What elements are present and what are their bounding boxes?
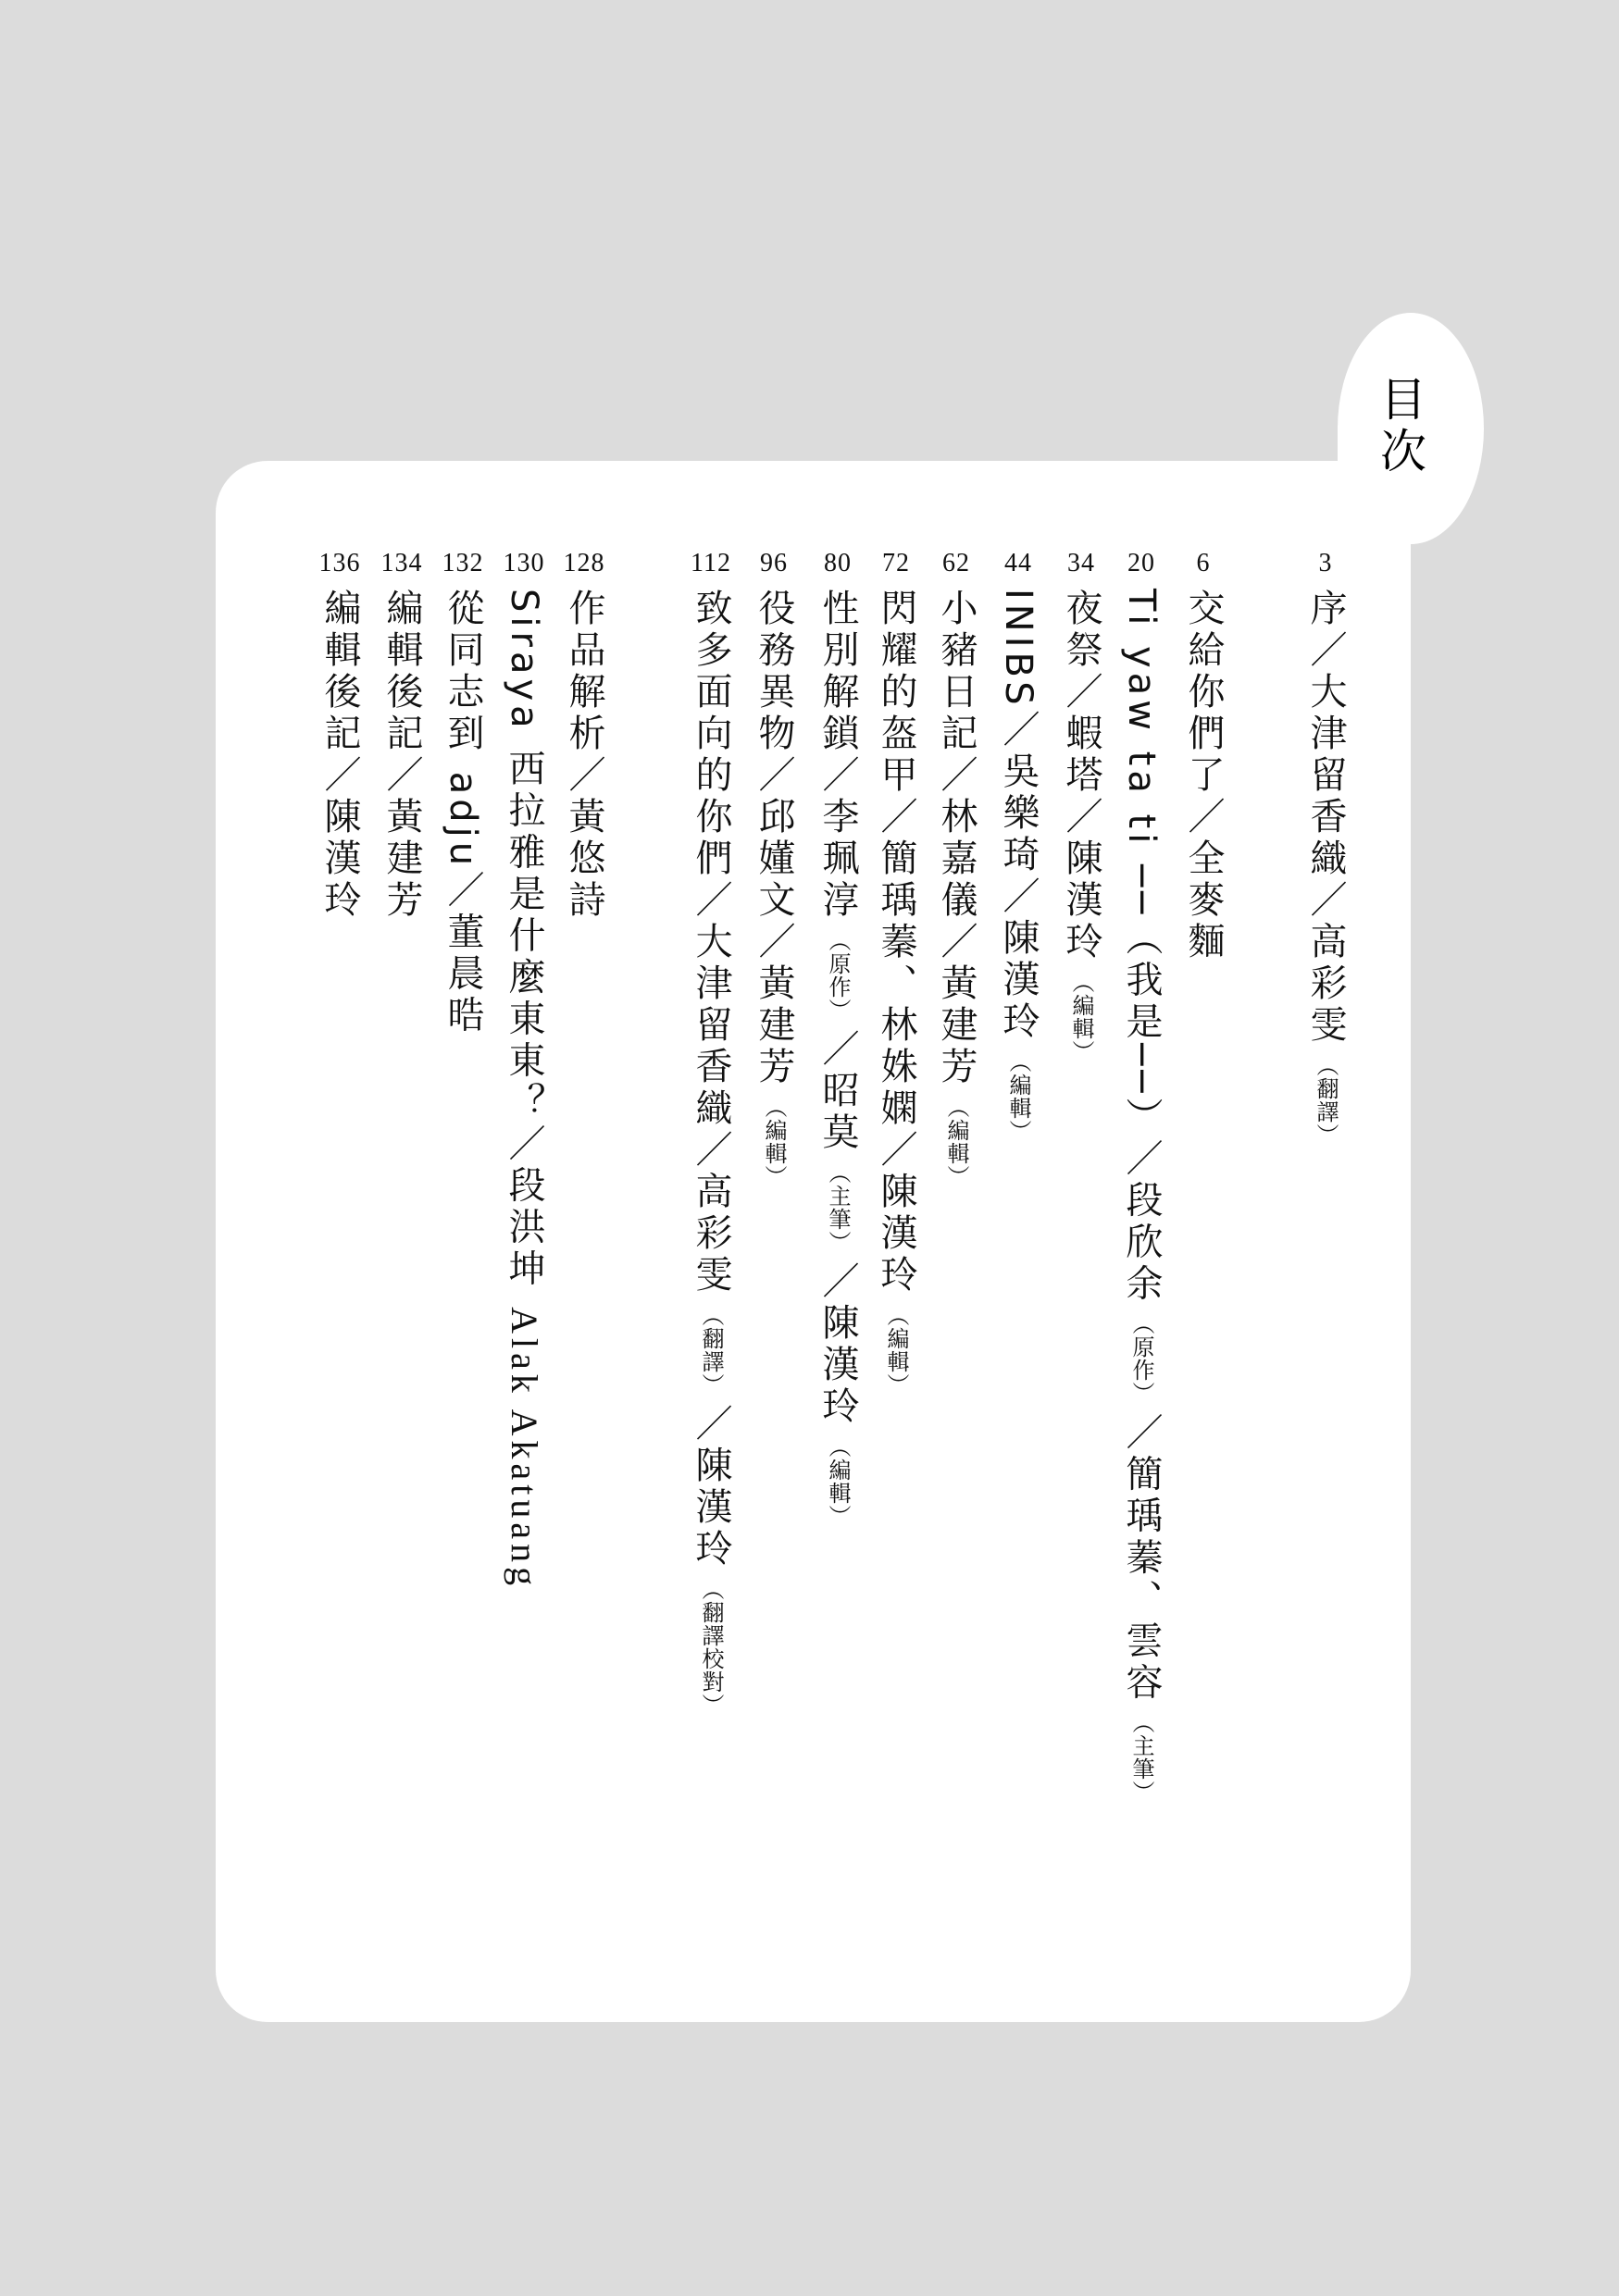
contributor-name: 林嘉儀 <box>935 797 978 922</box>
entry-text: INIBS／吳樂琦／陳漢玲（編輯） <box>997 589 1040 1150</box>
contributor-name: 黃建芳 <box>380 797 423 922</box>
entry-text: Ti yaw ta ti ──（我是──）／段欣余（原作）／簡瑀蓁、雲容（主筆） <box>1120 589 1163 1811</box>
contributor-name: 黃建芳 <box>935 963 978 1088</box>
contributor-name: 段欣余 <box>1120 1180 1163 1305</box>
contributor-role: （編輯） <box>997 1050 1040 1143</box>
slash-separator: ／ <box>753 755 795 797</box>
entry-title[interactable]: 小豬日記 <box>935 589 978 755</box>
entry-title[interactable]: 閃耀的盔甲 <box>875 589 917 797</box>
contributor-role: （翻譯） <box>1304 1054 1347 1147</box>
slash-separator: ／ <box>753 922 795 963</box>
slash-separator: ／ <box>1060 797 1102 838</box>
page-number: 112 <box>691 550 731 577</box>
toc-entry[interactable]: 80性別解鎖／李珮淳（原作）／昭莫（主筆）／陳漢玲（編輯） <box>810 550 866 1535</box>
contributor-role: （編輯） <box>935 1096 978 1188</box>
slash-separator: ／ <box>1120 1412 1163 1454</box>
slash-separator: ／ <box>816 755 859 797</box>
entry-text: 小豬日記／林嘉儀／黃建芳（編輯） <box>935 589 978 1196</box>
slash-separator: ／ <box>1304 880 1347 922</box>
entry-text: 致多面向的你們／大津留香織／高彩雯（翻譯）／陳漢玲（翻譯校對） <box>690 589 732 1724</box>
toc-entry[interactable]: 130Siraya 西拉雅是什麼東東？／段洪坤 Alak Akatuang <box>496 550 552 1590</box>
contributor-name: 陳漢玲 <box>690 1446 732 1570</box>
entry-text: 編輯後記／黃建芳 <box>380 589 423 922</box>
entry-title[interactable]: Ti yaw ta ti ──（我是──） <box>1120 589 1163 1138</box>
entry-title[interactable]: 編輯後記 <box>318 589 361 755</box>
entry-text: 序／大津留香織／高彩雯（翻譯） <box>1304 589 1347 1154</box>
slash-separator: ／ <box>380 755 423 797</box>
toc-entry[interactable]: 6交給你們了／全麥麵 <box>1176 550 1231 963</box>
entry-title[interactable]: INIBS <box>997 589 1040 710</box>
contributor-name: 李珮淳 <box>816 797 859 922</box>
contributor-name: 高彩雯 <box>690 1172 732 1297</box>
contributor-name: 簡瑀蓁、林姝嫻 <box>875 838 917 1130</box>
slash-separator: ／ <box>935 922 978 963</box>
slash-separator: ／ <box>690 880 732 922</box>
toc-entry[interactable]: 44INIBS／吳樂琦／陳漢玲（編輯） <box>990 550 1046 1150</box>
slash-separator: ／ <box>442 870 484 912</box>
contributor-name: Alak Akatuang <box>504 1307 545 1590</box>
entry-text: 編輯後記／陳漢玲 <box>318 589 361 922</box>
contributor-name: 全麥麵 <box>1182 838 1225 963</box>
toc-entry[interactable]: 72閃耀的盔甲／簡瑀蓁、林姝嫻／陳漢玲（編輯） <box>868 550 924 1404</box>
slash-separator: ／ <box>1182 797 1225 838</box>
entry-title[interactable]: 編輯後記 <box>380 589 423 755</box>
page-number: 136 <box>319 550 361 577</box>
slash-separator: ／ <box>1304 630 1347 672</box>
contributor-role: （編輯） <box>1060 971 1102 1063</box>
toc-entry[interactable]: 20Ti yaw ta ti ──（我是──）／段欣余（原作）／簡瑀蓁、雲容（主… <box>1114 550 1169 1811</box>
entry-text: 性別解鎖／李珮淳（原作）／昭莫（主筆）／陳漢玲（編輯） <box>816 589 859 1535</box>
entry-text: 作品解析／黃悠詩 <box>563 589 605 922</box>
entry-text: 夜祭／蝦塔／陳漢玲（編輯） <box>1060 589 1102 1071</box>
slash-separator: ／ <box>1120 1138 1163 1180</box>
page-number: 134 <box>381 550 423 577</box>
entry-text: 役務異物／邱嬞文／黃建芳（編輯） <box>753 589 795 1196</box>
contributor-role: （主筆） <box>816 1161 859 1254</box>
toc-entry[interactable]: 96役務異物／邱嬞文／黃建芳（編輯） <box>746 550 802 1196</box>
page-number: 96 <box>760 550 788 577</box>
contributor-role: （原作） <box>1120 1312 1163 1405</box>
entry-title[interactable]: 夜祭 <box>1060 589 1102 672</box>
entry-title[interactable]: 作品解析 <box>563 589 605 755</box>
page-number: 80 <box>824 550 852 577</box>
entry-title[interactable]: 從同志到 adju <box>442 589 484 870</box>
contributor-name: 陳漢玲 <box>997 918 1040 1043</box>
contributor-role: （編輯） <box>753 1096 795 1188</box>
contributor-name: 黃悠詩 <box>563 797 605 922</box>
slash-separator: ／ <box>816 1261 859 1303</box>
contributor-name: 簡瑀蓁、雲容 <box>1120 1454 1163 1704</box>
entry-title[interactable]: 序 <box>1304 589 1347 630</box>
entry-text: Siraya 西拉雅是什麼東東？／段洪坤 Alak Akatuang <box>503 589 545 1590</box>
contributor-role: （主筆） <box>1120 1711 1163 1804</box>
contributor-name: 段洪坤 <box>503 1165 545 1307</box>
slash-separator: ／ <box>816 1029 859 1071</box>
contributor-role: （原作） <box>816 929 859 1022</box>
contributor-name: 陳漢玲 <box>1060 838 1102 963</box>
slash-separator: ／ <box>1060 672 1102 714</box>
page-number: 6 <box>1197 550 1211 577</box>
contributor-name: 董晨晧 <box>442 912 484 1036</box>
toc-entry[interactable]: 3序／大津留香織／高彩雯（翻譯） <box>1298 550 1353 1154</box>
contributor-name: 蝦塔 <box>1060 714 1102 797</box>
page-number: 20 <box>1127 550 1155 577</box>
contributor-name: 陳漢玲 <box>875 1172 917 1297</box>
page-number: 44 <box>1004 550 1032 577</box>
page-number: 34 <box>1067 550 1095 577</box>
contributor-name: 黃建芳 <box>753 963 795 1088</box>
contributor-name: 高彩雯 <box>1304 922 1347 1047</box>
contributor-name: 大津留香織 <box>1304 672 1347 880</box>
toc-entry[interactable]: 34夜祭／蝦塔／陳漢玲（編輯） <box>1053 550 1109 1071</box>
entry-text: 從同志到 adju／董晨晧 <box>442 589 484 1036</box>
toc-entry[interactable]: 128作品解析／黃悠詩 <box>556 550 612 922</box>
toc-entry[interactable]: 136編輯後記／陳漢玲 <box>312 550 367 922</box>
contributor-role: （翻譯） <box>690 1304 732 1396</box>
toc-entry[interactable]: 134編輯後記／黃建芳 <box>374 550 430 922</box>
entry-title[interactable]: 致多面向的你們 <box>690 589 732 880</box>
page-title: 目次 <box>1374 375 1426 478</box>
toc-entry[interactable]: 112致多面向的你們／大津留香織／高彩雯（翻譯）／陳漢玲（翻譯校對） <box>683 550 739 1724</box>
toc-entry[interactable]: 62小豬日記／林嘉儀／黃建芳（編輯） <box>928 550 984 1196</box>
page-number: 128 <box>564 550 605 577</box>
slash-separator: ／ <box>875 797 917 838</box>
contributor-name: 陳漢玲 <box>318 797 361 922</box>
entry-text: 交給你們了／全麥麵 <box>1182 589 1225 963</box>
page-number: 130 <box>504 550 545 577</box>
slash-separator: ／ <box>690 1130 732 1172</box>
contributor-role: （編輯） <box>875 1304 917 1396</box>
entry-title[interactable]: 役務異物 <box>753 589 795 755</box>
contributor-name: 陳漢玲 <box>816 1303 859 1428</box>
slash-separator: ／ <box>997 876 1040 918</box>
slash-separator: ／ <box>875 1130 917 1172</box>
contributor-name: 昭莫 <box>816 1071 859 1154</box>
entry-title[interactable]: Siraya 西拉雅是什麼東東？ <box>503 589 545 1123</box>
slash-separator: ／ <box>503 1123 545 1165</box>
page-number: 62 <box>942 550 970 577</box>
entry-title[interactable]: 交給你們了 <box>1182 589 1225 797</box>
contributor-role: （翻譯校對） <box>690 1578 732 1717</box>
contributor-name: 大津留香織 <box>690 922 732 1130</box>
contributor-name: 吳樂琦 <box>997 751 1040 876</box>
toc-entry[interactable]: 132從同志到 adju／董晨晧 <box>435 550 491 1036</box>
contributor-name: 邱嬞文 <box>753 797 795 922</box>
page-number: 3 <box>1319 550 1333 577</box>
entry-title[interactable]: 性別解鎖 <box>816 589 859 755</box>
slash-separator: ／ <box>690 1404 732 1446</box>
slash-separator: ／ <box>935 755 978 797</box>
slash-separator: ／ <box>318 755 361 797</box>
page-number: 72 <box>882 550 910 577</box>
entry-text: 閃耀的盔甲／簡瑀蓁、林姝嫻／陳漢玲（編輯） <box>875 589 917 1404</box>
page-number: 132 <box>442 550 484 577</box>
contributor-role: （編輯） <box>816 1435 859 1528</box>
slash-separator: ／ <box>563 755 605 797</box>
slash-separator: ／ <box>997 710 1040 751</box>
